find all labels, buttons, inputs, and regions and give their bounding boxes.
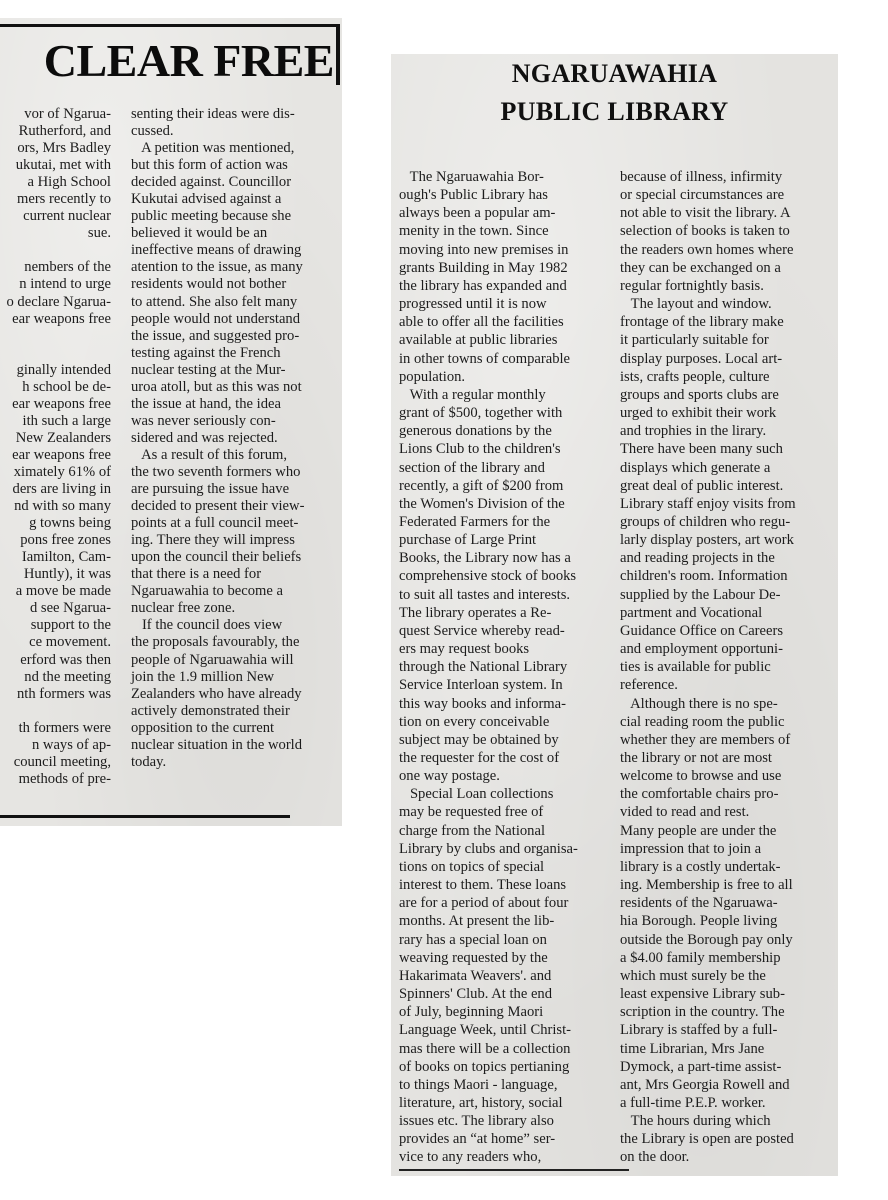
text-line: believed it would be an (131, 225, 337, 242)
text-line: actively demonstrated their (131, 703, 337, 720)
text-line: grants Building in May 1982 (399, 259, 611, 277)
text-line: hia Borough. People living (620, 912, 834, 930)
text-line: ors, Mrs Badley (6, 140, 111, 157)
text-line: Iamilton, Cam- (6, 549, 111, 566)
text-line: There have been many such (620, 440, 834, 458)
text-line: and reading projects in the (620, 549, 834, 567)
text-line: mas there will be a collection (399, 1040, 611, 1058)
text-line: upon the council their beliefs (131, 549, 337, 566)
article-column-1: vor of Ngarua-Rutherford, andors, Mrs Ba… (6, 106, 111, 788)
text-line: weaving requested by the (399, 949, 611, 967)
text-line: because of illness, infirmity (620, 168, 834, 186)
text-line: always been a popular am- (399, 204, 611, 222)
text-line (6, 345, 111, 362)
text-line: months. At present the lib- (399, 912, 611, 930)
text-line: ers may request books (399, 640, 611, 658)
text-line: Special Loan collections (399, 785, 611, 803)
text-line: vor of Ngarua- (6, 106, 111, 123)
text-line: it particularly suitable for (620, 331, 834, 349)
text-line: to things Maori - language, (399, 1076, 611, 1094)
text-line: With a regular monthly (399, 386, 611, 404)
text-line: they can be exchanged on a (620, 259, 834, 277)
text-line: nd the meeting (6, 669, 111, 686)
text-line: support to the (6, 617, 111, 634)
text-line: may be requested free of (399, 803, 611, 821)
text-line: senting their ideas were dis- (131, 106, 337, 123)
text-line: regular fortnightly basis. (620, 277, 834, 295)
text-line: not able to visit the library. A (620, 204, 834, 222)
text-line: interest to them. These loans (399, 876, 611, 894)
text-line: section of the library and (399, 459, 611, 477)
text-line: pons free zones (6, 532, 111, 549)
text-line: reference. (620, 676, 834, 694)
text-line: ant, Mrs Georgia Rowell and (620, 1076, 834, 1094)
text-line (6, 703, 111, 720)
text-line: Hakarimata Weavers'. and (399, 967, 611, 985)
text-line: Library staff enjoy visits from (620, 495, 834, 513)
text-line: whether they are members of (620, 731, 834, 749)
text-line: provides an “at home” ser- (399, 1130, 611, 1148)
text-line: nuclear testing at the Mur- (131, 362, 337, 379)
text-line: to attend. She also felt many (131, 294, 337, 311)
text-line: this way books and informa- (399, 695, 611, 713)
text-line: ear weapons free (6, 396, 111, 413)
text-line: ce movement. (6, 634, 111, 651)
text-line: charge from the National (399, 822, 611, 840)
bottom-rule (0, 815, 290, 818)
text-line: d see Ngarua- (6, 600, 111, 617)
text-line: sue. (6, 225, 111, 242)
text-line: quest Service whereby read- (399, 622, 611, 640)
text-line: Library by clubs and organisa- (399, 840, 611, 858)
text-line: moving into new premises in (399, 241, 611, 259)
text-line: residents would not bother (131, 276, 337, 293)
library-article-clipping: NGARUAWAHIA PUBLIC LIBRARY The Ngaruawah… (391, 54, 838, 1176)
text-line: decided to present their view- (131, 498, 337, 515)
text-line: comprehensive stock of books (399, 567, 611, 585)
text-line: a High School (6, 174, 111, 191)
text-line: residents of the Ngaruawa- (620, 894, 834, 912)
text-line: Books, the Library now has a (399, 549, 611, 567)
text-line: erford was then (6, 652, 111, 669)
text-line: issues etc. The library also (399, 1112, 611, 1130)
text-line: ginally intended (6, 362, 111, 379)
article-column-2: because of illness, infirmityor special … (620, 168, 834, 1167)
text-line: that there is a need for (131, 566, 337, 583)
text-line: but this form of action was (131, 157, 337, 174)
text-line: decided against. Councillor (131, 174, 337, 191)
text-line: vided to read and rest. (620, 803, 834, 821)
text-line: current nuclear (6, 208, 111, 225)
text-line: the library or not are most (620, 749, 834, 767)
text-line: are pursuing the issue have (131, 481, 337, 498)
text-line: Although there is no spe- (620, 695, 834, 713)
text-line: are for a period of about four (399, 894, 611, 912)
text-line: the Women's Division of the (399, 495, 611, 513)
text-line: grant of $500, together with (399, 404, 611, 422)
text-line: generous donations by the (399, 422, 611, 440)
text-line: council meeting, (6, 754, 111, 771)
bottom-rule (399, 1169, 629, 1171)
text-line: nd with so many (6, 498, 111, 515)
text-line: progressed until it is now (399, 295, 611, 313)
text-line: The library operates a Re- (399, 604, 611, 622)
text-line: o declare Ngarua- (6, 294, 111, 311)
text-line: ear weapons free (6, 447, 111, 464)
text-line: to suit all tastes and interests. (399, 586, 611, 604)
text-line: Dymock, a part-time assist- (620, 1058, 834, 1076)
text-line: vice to any readers who, (399, 1148, 611, 1166)
text-line: g towns being (6, 515, 111, 532)
text-line: people of Ngaruawahia will (131, 652, 337, 669)
text-line: cussed. (131, 123, 337, 140)
text-line: The Ngaruawahia Bor- (399, 168, 611, 186)
text-line: a $4.00 family membership (620, 949, 834, 967)
text-line: display purposes. Local art- (620, 350, 834, 368)
text-line: The layout and window. (620, 295, 834, 313)
text-line: urged to exhibit their work (620, 404, 834, 422)
text-line: Language Week, until Christ- (399, 1021, 611, 1039)
text-line: and employment opportuni- (620, 640, 834, 658)
text-line: sidered and was rejected. (131, 430, 337, 447)
text-line: If the council does view (131, 617, 337, 634)
text-line: the issue at hand, the idea (131, 396, 337, 413)
text-line: partment and Vocational (620, 604, 834, 622)
text-line: rary has a special loan on (399, 931, 611, 949)
text-line: larly display posters, art work (620, 531, 834, 549)
text-line: n intend to urge (6, 276, 111, 293)
article-column-1: The Ngaruawahia Bor-ough's Public Librar… (399, 168, 611, 1167)
text-line: Service Interloan system. In (399, 676, 611, 694)
text-line: supplied by the Labour De- (620, 586, 834, 604)
text-line: outside the Borough pay only (620, 931, 834, 949)
text-line: ders are living in (6, 481, 111, 498)
text-line: the Library is open are posted (620, 1130, 834, 1148)
text-line: children's room. Information (620, 567, 834, 585)
text-line: recently, a gift of $200 from (399, 477, 611, 495)
text-line: a full-time P.E.P. worker. (620, 1094, 834, 1112)
text-line: literature, art, history, social (399, 1094, 611, 1112)
text-line: ukutai, met with (6, 157, 111, 174)
text-line: or special circumstances are (620, 186, 834, 204)
article-column-2: senting their ideas were dis-cussed. A p… (131, 106, 337, 771)
text-line: Many people are under the (620, 822, 834, 840)
text-line: Spinners' Club. At the end (399, 985, 611, 1003)
text-line (6, 328, 111, 345)
text-line: scription in the country. The (620, 1003, 834, 1021)
text-line: a move be made (6, 583, 111, 600)
text-line: the two seventh formers who (131, 464, 337, 481)
text-line: and trophies in the lirary. (620, 422, 834, 440)
text-line: available at public libraries (399, 331, 611, 349)
text-line: ear weapons free (6, 311, 111, 328)
text-line: testing against the French (131, 345, 337, 362)
nuclear-free-article-clipping: CLEAR FREE vor of Ngarua-Rutherford, and… (0, 18, 342, 826)
text-line: New Zealanders (6, 430, 111, 447)
text-line: in other towns of comparable (399, 350, 611, 368)
text-line: today. (131, 754, 337, 771)
text-line: people would not understand (131, 311, 337, 328)
text-line: nembers of the (6, 259, 111, 276)
text-line: menity in the town. Since (399, 222, 611, 240)
text-line: of July, beginning Maori (399, 1003, 611, 1021)
text-line: the issue, and suggested pro- (131, 328, 337, 345)
text-line: ists, crafts people, culture (620, 368, 834, 386)
text-line: groups of children who regu- (620, 513, 834, 531)
article-title-line-2: PUBLIC LIBRARY (391, 94, 838, 130)
text-line: Ngaruawahia to become a (131, 583, 337, 600)
text-line: h school be de- (6, 379, 111, 396)
text-line: join the 1.9 million New (131, 669, 337, 686)
text-line: cial reading room the public (620, 713, 834, 731)
text-line: great deal of public interest. (620, 477, 834, 495)
text-line: displays which generate a (620, 459, 834, 477)
text-line: the proposals favourably, the (131, 634, 337, 651)
text-line: the readers own homes where (620, 241, 834, 259)
text-line: Federated Farmers for the (399, 513, 611, 531)
text-line: selection of books is taken to (620, 222, 834, 240)
text-line: The hours during which (620, 1112, 834, 1130)
text-line: the library has expanded and (399, 277, 611, 295)
text-line: Library is staffed by a full- (620, 1021, 834, 1039)
text-line: frontage of the library make (620, 313, 834, 331)
text-line: Guidance Office on Careers (620, 622, 834, 640)
article-headline: CLEAR FREE (44, 38, 334, 84)
text-line: Kukutai advised against a (131, 191, 337, 208)
text-line: th formers were (6, 720, 111, 737)
text-line: library is a costly undertak- (620, 858, 834, 876)
text-line: points at a full council meet- (131, 515, 337, 532)
text-line: population. (399, 368, 611, 386)
text-line: subject may be obtained by (399, 731, 611, 749)
text-line: Zealanders who have already (131, 686, 337, 703)
text-line: of books on topics pertianing (399, 1058, 611, 1076)
text-line: which must surely be the (620, 967, 834, 985)
text-line: opposition to the current (131, 720, 337, 737)
article-title-line-1: NGARUAWAHIA (391, 56, 838, 92)
text-line: ties is available for public (620, 658, 834, 676)
text-line: As a result of this forum, (131, 447, 337, 464)
text-line: ineffective means of drawing (131, 242, 337, 259)
text-line (6, 242, 111, 259)
text-line: atention to the issue, as many (131, 259, 337, 276)
text-line: nth formers was (6, 686, 111, 703)
text-line: impression that to join a (620, 840, 834, 858)
text-line: through the National Library (399, 658, 611, 676)
text-line: was never seriously con- (131, 413, 337, 430)
text-line: uroa atoll, but as this was not (131, 379, 337, 396)
text-line: the comfortable chairs pro- (620, 785, 834, 803)
text-line: ing. There they will impress (131, 532, 337, 549)
text-line: Lions Club to the children's (399, 440, 611, 458)
text-line: purchase of Large Print (399, 531, 611, 549)
text-line: one way postage. (399, 767, 611, 785)
text-line: groups and sports clubs are (620, 386, 834, 404)
text-line: welcome to browse and use (620, 767, 834, 785)
text-line: nuclear free zone. (131, 600, 337, 617)
text-line: Huntly), it was (6, 566, 111, 583)
text-line: Rutherford, and (6, 123, 111, 140)
text-line: ximately 61% of (6, 464, 111, 481)
text-line: tion on every conceivable (399, 713, 611, 731)
text-line: A petition was mentioned, (131, 140, 337, 157)
text-line: n ways of ap- (6, 737, 111, 754)
text-line: time Librarian, Mrs Jane (620, 1040, 834, 1058)
text-line: on the door. (620, 1148, 834, 1166)
text-line: mers recently to (6, 191, 111, 208)
text-line: able to offer all the facilities (399, 313, 611, 331)
text-line: methods of pre- (6, 771, 111, 788)
text-line: the requester for the cost of (399, 749, 611, 767)
text-line: nuclear situation in the world (131, 737, 337, 754)
text-line: ough's Public Library has (399, 186, 611, 204)
text-line: public meeting because she (131, 208, 337, 225)
text-line: ith such a large (6, 413, 111, 430)
text-line: least expensive Library sub- (620, 985, 834, 1003)
text-line: ing. Membership is free to all (620, 876, 834, 894)
text-line: tions on topics of special (399, 858, 611, 876)
